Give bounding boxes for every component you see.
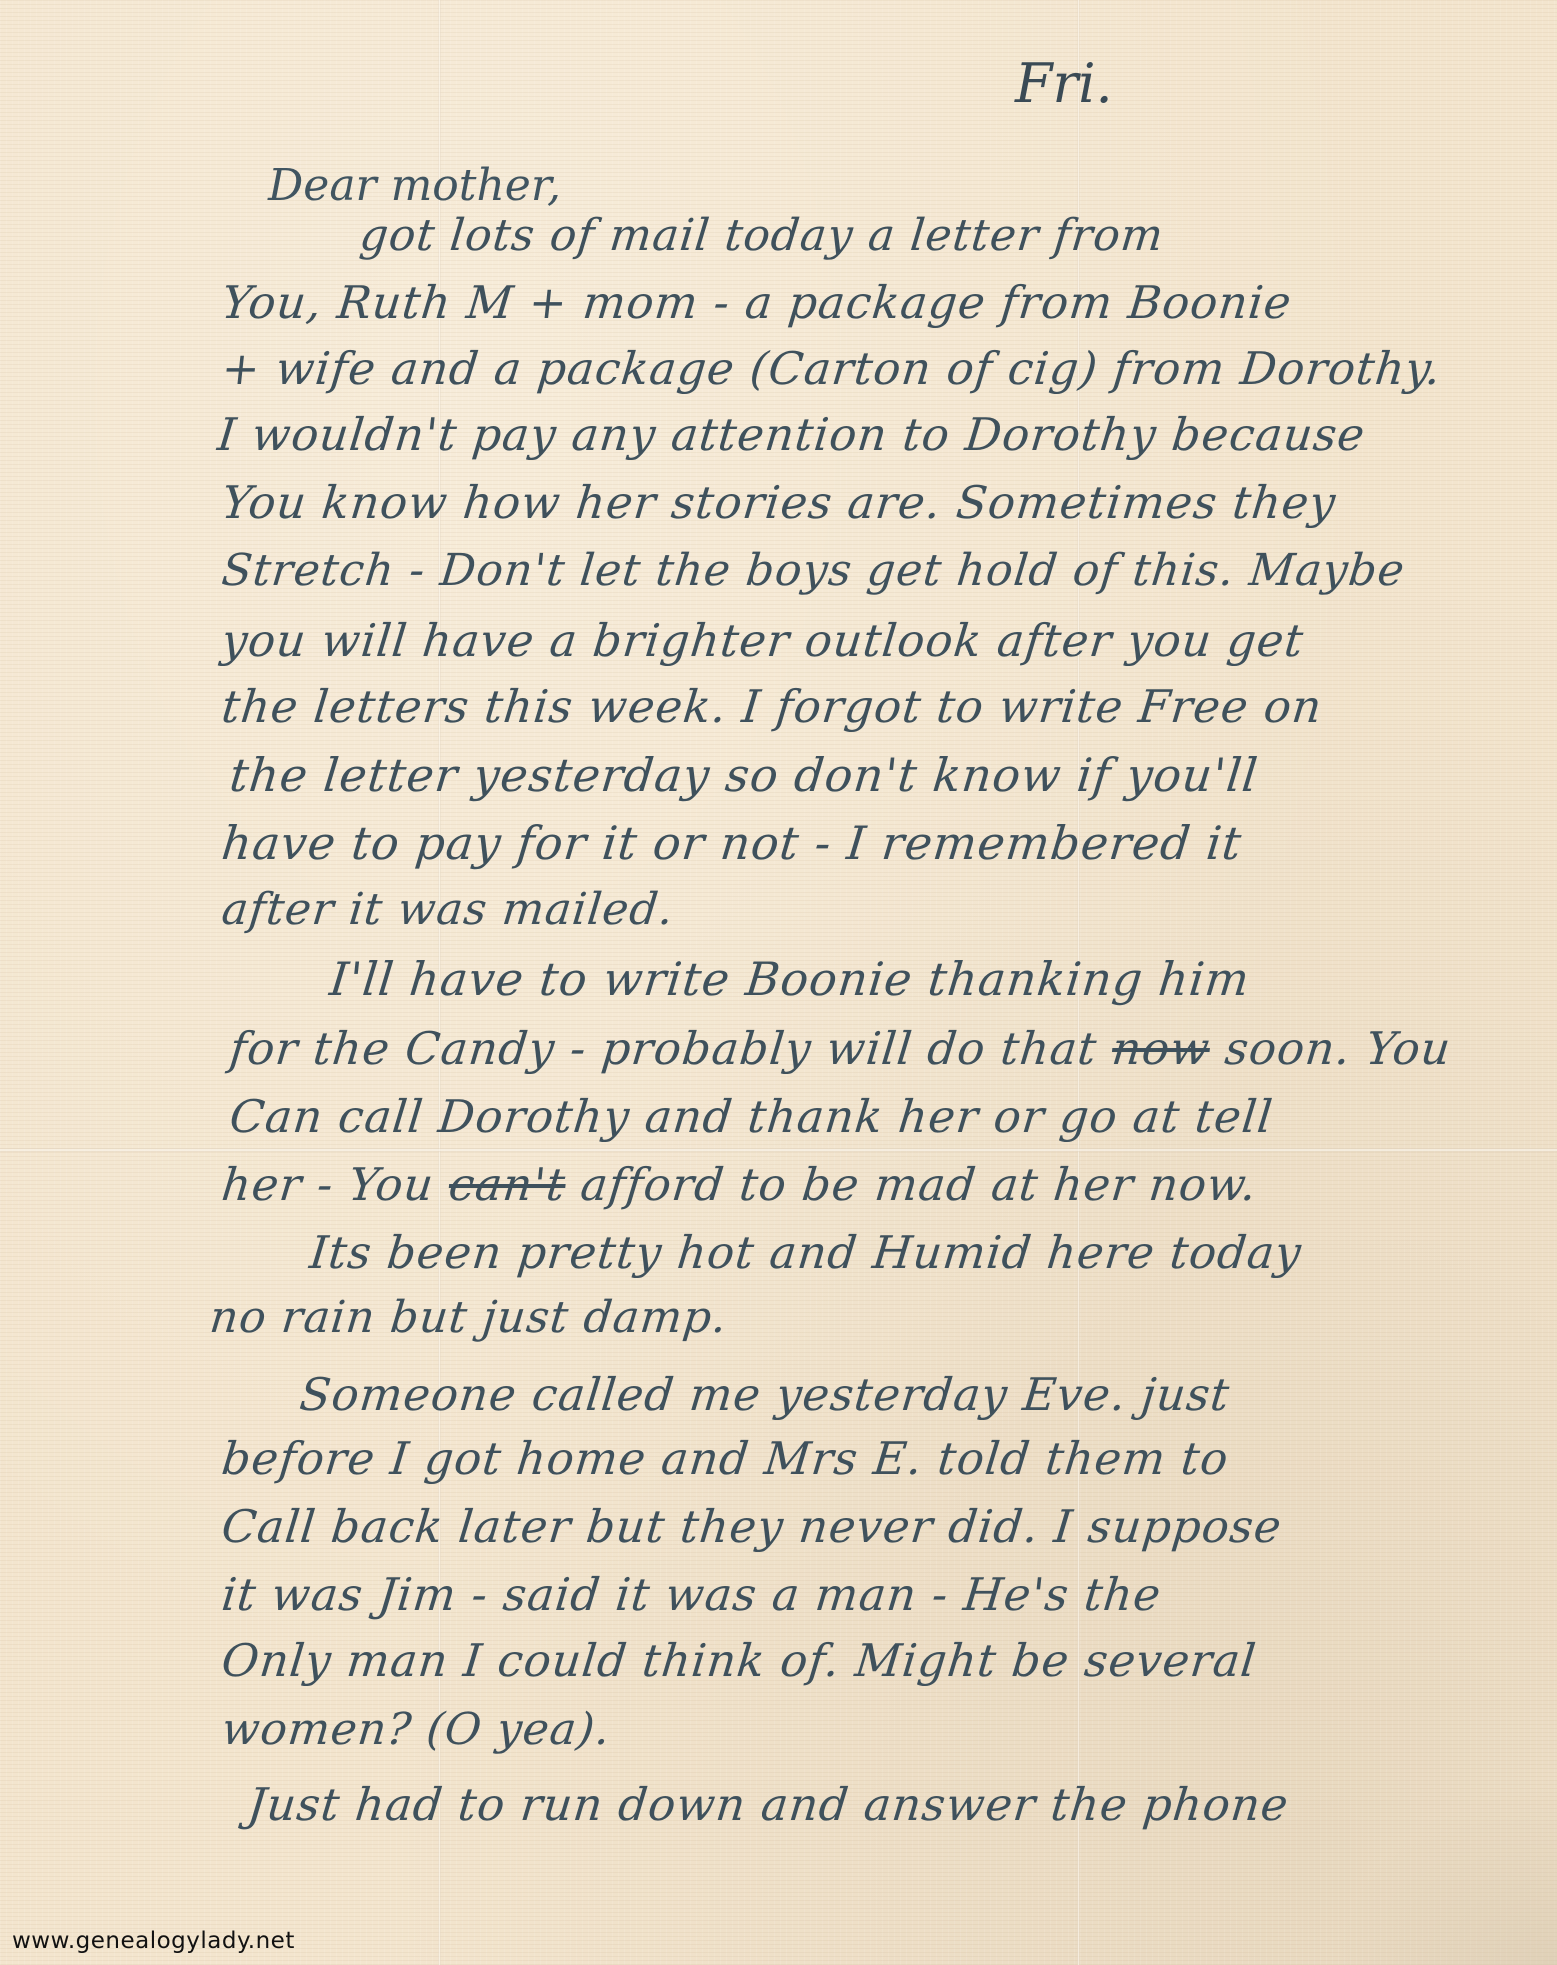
letter-line: I'll have to write Boonie thanking him: [327, 952, 1252, 1006]
letter-text: for the Candy - probably will do that: [227, 1022, 1100, 1075]
letter-line: have to pay for it or not - I remembered…: [219, 816, 1245, 870]
letter-date: Fri.: [1015, 52, 1113, 115]
salutation: Dear mother,: [268, 160, 561, 211]
watermark-url: www.genealogylady.net: [12, 1928, 295, 1954]
letter-line: Can call Dorothy and thank her or go at …: [227, 1090, 1275, 1143]
letter-line: before I got home and Mrs E. told them t…: [219, 1432, 1231, 1485]
letter-line-with-strike: her - You can't afford to be mad at her …: [219, 1158, 1259, 1211]
letter-page: Fri. Dear mother, got lots of mail today…: [0, 0, 1557, 1965]
letter-line: You, Ruth M + mom - a package from Booni…: [219, 276, 1294, 329]
letter-line: the letters this week. I forgot to write…: [219, 680, 1325, 733]
letter-line: Its been pretty hot and Humid here today: [307, 1226, 1304, 1279]
letter-line: it was Jim - said it was a man - He's th…: [219, 1568, 1164, 1621]
letter-line: Someone called me yesterday Eve. just: [297, 1368, 1232, 1421]
letter-line: + wife and a package (Carton of cig) fro…: [219, 342, 1444, 395]
letter-line: got lots of mail today a letter from: [357, 210, 1166, 261]
letter-line-with-strike: for the Candy - probably will do that no…: [227, 1022, 1454, 1075]
letter-line: I wouldn't pay any attention to Dorothy …: [215, 408, 1368, 461]
letter-line: the letter yesterday so don't know if yo…: [227, 748, 1261, 802]
letter-text: her - You: [219, 1158, 436, 1211]
letter-line: You know how her stories are. Sometimes …: [219, 476, 1339, 529]
letter-line: Stretch - Don't let the boys get hold of…: [219, 545, 1407, 596]
letter-line: you will have a brighter outlook after y…: [219, 614, 1306, 667]
letter-text: soon. You: [1222, 1022, 1453, 1075]
horizontal-fold: [0, 1148, 1557, 1152]
struck-word: can't: [446, 1158, 568, 1211]
corner-shadow: [1337, 1785, 1557, 1965]
letter-line: Call back later but they never did. I su…: [219, 1500, 1284, 1553]
struck-word: now: [1110, 1022, 1213, 1075]
letter-text: afford to be mad at her now.: [578, 1158, 1259, 1211]
letter-line: Only man I could think of. Might be seve…: [219, 1634, 1259, 1687]
letter-line: after it was mailed.: [219, 884, 676, 935]
letter-line: Just had to run down and answer the phon…: [245, 1778, 1291, 1831]
letter-line: women? (O yea).: [219, 1704, 613, 1755]
letter-line: no rain but just damp.: [207, 1292, 730, 1343]
